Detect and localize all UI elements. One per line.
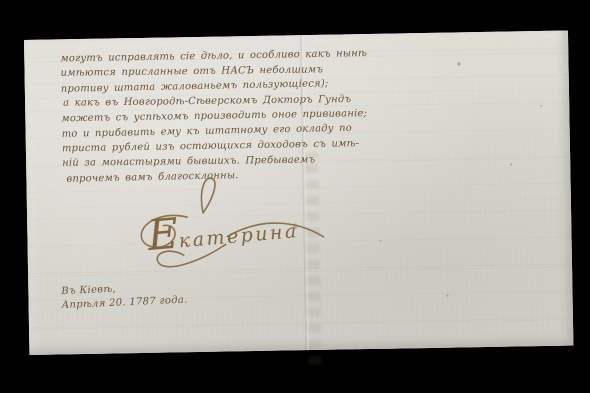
foxing-speck [457,62,460,65]
signature-block: Екатерина [126,164,358,298]
date-line: Апрѣля 20. 1787 года. [61,295,187,311]
foxing-speck [510,163,512,165]
horizontal-crease [29,319,573,330]
manuscript-paper: могутъ исправлять сіе дѣло, и особливо к… [24,31,573,355]
place-line: Въ Кіевѣ, [61,284,116,297]
foxing-speck [380,240,382,242]
photograph-background: могутъ исправлять сіе дѣло, и особливо к… [0,0,590,393]
foxing-speck [447,295,449,297]
foxing-speck [540,105,542,107]
